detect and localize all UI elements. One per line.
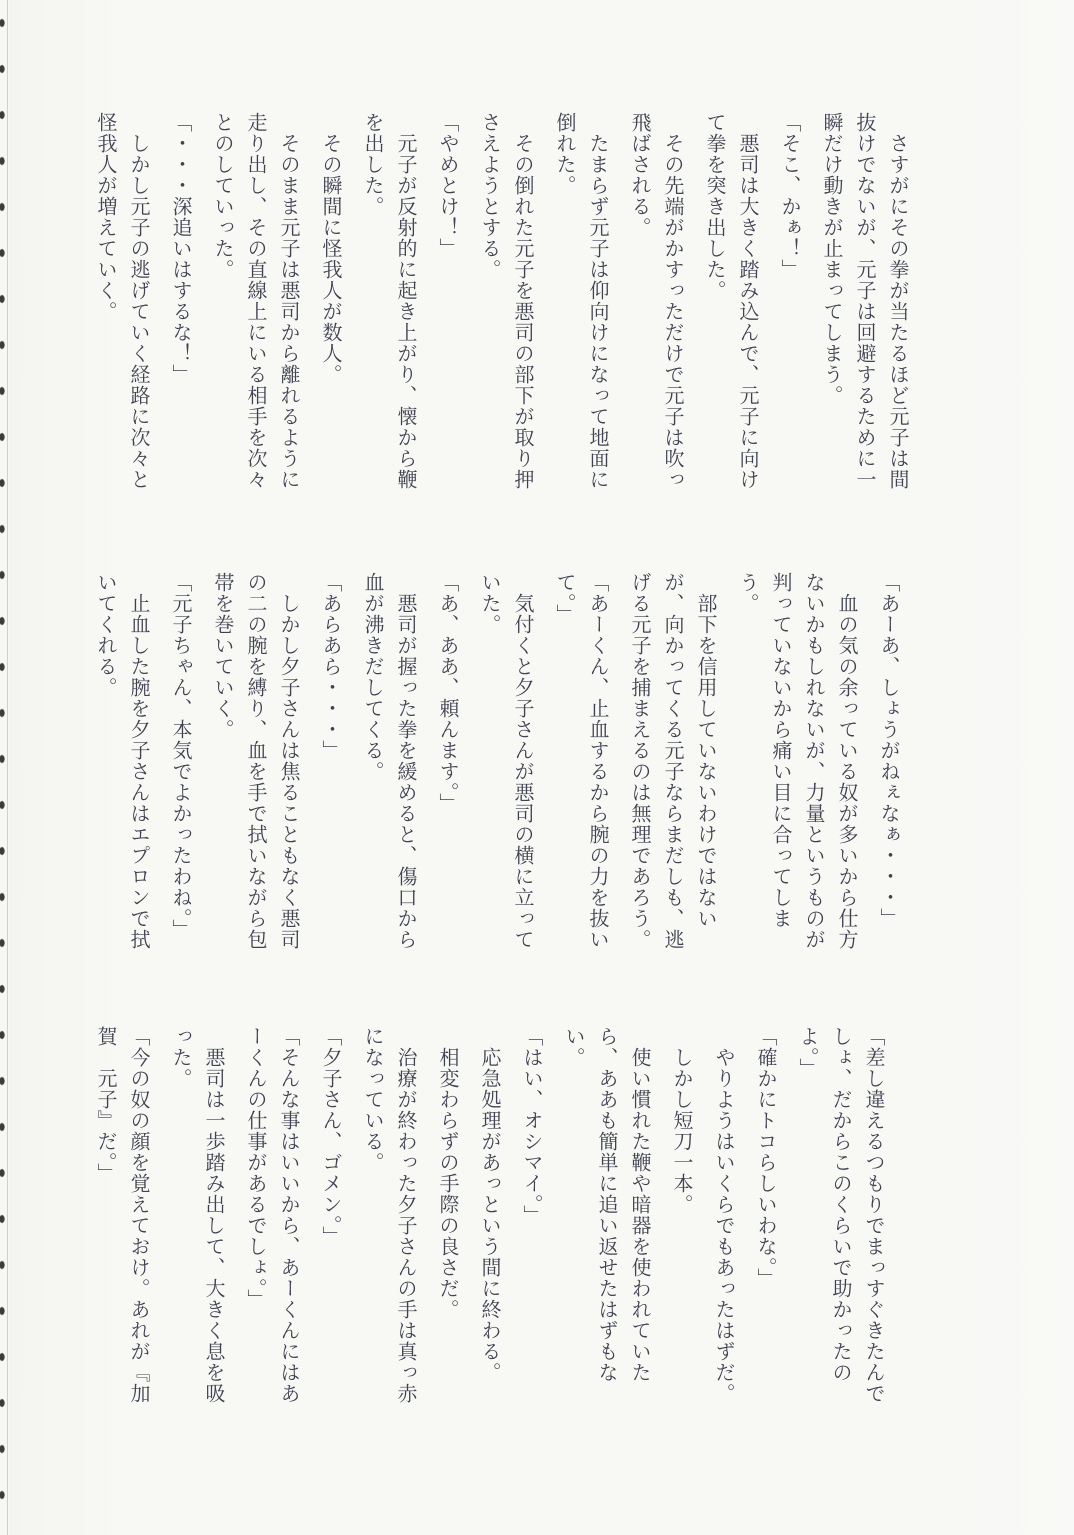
text-paragraph: 悪司は大きく踏み込んで、元子に向けて拳を突き出した。 — [698, 112, 764, 492]
text-paragraph: 「元子ちゃん、本気でよかったわね。」 — [164, 572, 197, 952]
text-paragraph: そのまま元子は悪司から離れるように走り出し、その直線上にいる相手を次々とのしてい… — [206, 112, 305, 492]
text-paragraph: しかし元子の逃げていく経路に次々と怪我人が増えていく。 — [89, 112, 155, 492]
text-paragraph: 治療が終わった夕子さんの手は真っ赤になっている。 — [356, 1026, 422, 1406]
text-paragraph: しかし夕子さんは焦ることもなく悪司の二の腕を縛り、血を手で拭いながら包帯を巻いて… — [206, 572, 305, 952]
text-paragraph: やりようはいくらでもあったはずだ。 — [707, 1026, 740, 1406]
text-paragraph: たまらず元子は仰向けになって地面に倒れた。 — [548, 112, 614, 492]
text-paragraph: 「あらあら・・・」 — [314, 572, 347, 952]
text-band-top: さすがにその拳が当たるほど元子は間抜けでないが、元子は回避するために一瞬だけ動き… — [80, 112, 914, 492]
text-paragraph: 応急処理があっという間に終わる。 — [473, 1026, 506, 1406]
text-paragraph: 「夕子さん、ゴメン。」 — [314, 1026, 347, 1406]
text-paragraph: 「やめとけ！」 — [431, 112, 464, 492]
text-paragraph: その倒れた元子を悪司の部下が取り押さえようとする。 — [473, 112, 539, 492]
text-paragraph: 気付くと夕子さんが悪司の横に立っていた。 — [473, 572, 539, 952]
text-paragraph: 「確かにトコらしいわな。」 — [749, 1026, 782, 1406]
text-paragraph: しかし短刀一本。 — [665, 1026, 698, 1406]
text-paragraph: 「・・・深追いはするな！」 — [164, 112, 197, 492]
text-paragraph: 相変わらずの手際の良さだ。 — [431, 1026, 464, 1406]
text-paragraph: 使い慣れた鞭や暗器を使われていたら、ああも簡単に追い返せたはずもない。 — [557, 1026, 656, 1406]
text-paragraph: 部下を信用していないわけではないが、向かってくる元子ならまだしも、逃げる元子を捕… — [623, 572, 722, 952]
text-paragraph: 血の気の余っている奴が多いから仕方ないかもしれないが、力量というものが判っていな… — [731, 572, 863, 952]
text-band-bottom: 「差し違えるつもりでまっすぐきたんでしょ、だからこのくらいで助かったのよ。」「確… — [80, 1026, 890, 1406]
page-content: さすがにその拳が当たるほど元子は間抜けでないが、元子は回避するために一瞬だけ動き… — [80, 112, 942, 1406]
text-paragraph: その先端がかすっただけで元子は吹っ飛ばされる。 — [623, 112, 689, 492]
text-paragraph: 「差し違えるつもりでまっすぐきたんでしょ、だからこのくらいで助かったのよ。」 — [791, 1026, 890, 1406]
binding-edge — [0, 0, 9, 1535]
text-paragraph: 悪司が握った拳を緩めると、傷口から血が沸きだしてくる。 — [356, 572, 422, 952]
text-paragraph: 元子が反射的に起き上がり、懐から鞭を出した。 — [356, 112, 422, 492]
text-paragraph: 「あ、ああ、頼んます。」 — [431, 572, 464, 952]
text-paragraph: その瞬間に怪我人が数人。 — [314, 112, 347, 492]
scanned-novel-page: さすがにその拳が当たるほど元子は間抜けでないが、元子は回避するために一瞬だけ動き… — [0, 0, 1074, 1535]
text-paragraph: 止血した腕を夕子さんはエプロンで拭いてくれる。 — [89, 572, 155, 952]
text-paragraph: 「そこ、かぁ！」 — [773, 112, 806, 492]
text-band-middle: 「あーあ、しょうがねぇなぁ・・・」血の気の余っている奴が多いから仕方ないかもしれ… — [80, 572, 905, 952]
text-paragraph: 「今の奴の顔を覚えておけ。あれが『加賀 元子』だ。」 — [89, 1026, 155, 1406]
text-paragraph: 悪司は一歩踏み出して、大きく息を吸った。 — [164, 1026, 230, 1406]
text-paragraph: 「あーくん、止血するから腕の力を抜いて。」 — [548, 572, 614, 952]
text-paragraph: 「そんな事はいいから、あーくんにはあーくんの仕事があるでしょ。」 — [239, 1026, 305, 1406]
text-paragraph: 「はい、オシマイ。」 — [515, 1026, 548, 1406]
text-paragraph: さすがにその拳が当たるほど元子は間抜けでないが、元子は回避するために一瞬だけ動き… — [815, 112, 914, 492]
text-paragraph: 「あーあ、しょうがねぇなぁ・・・」 — [872, 572, 905, 952]
